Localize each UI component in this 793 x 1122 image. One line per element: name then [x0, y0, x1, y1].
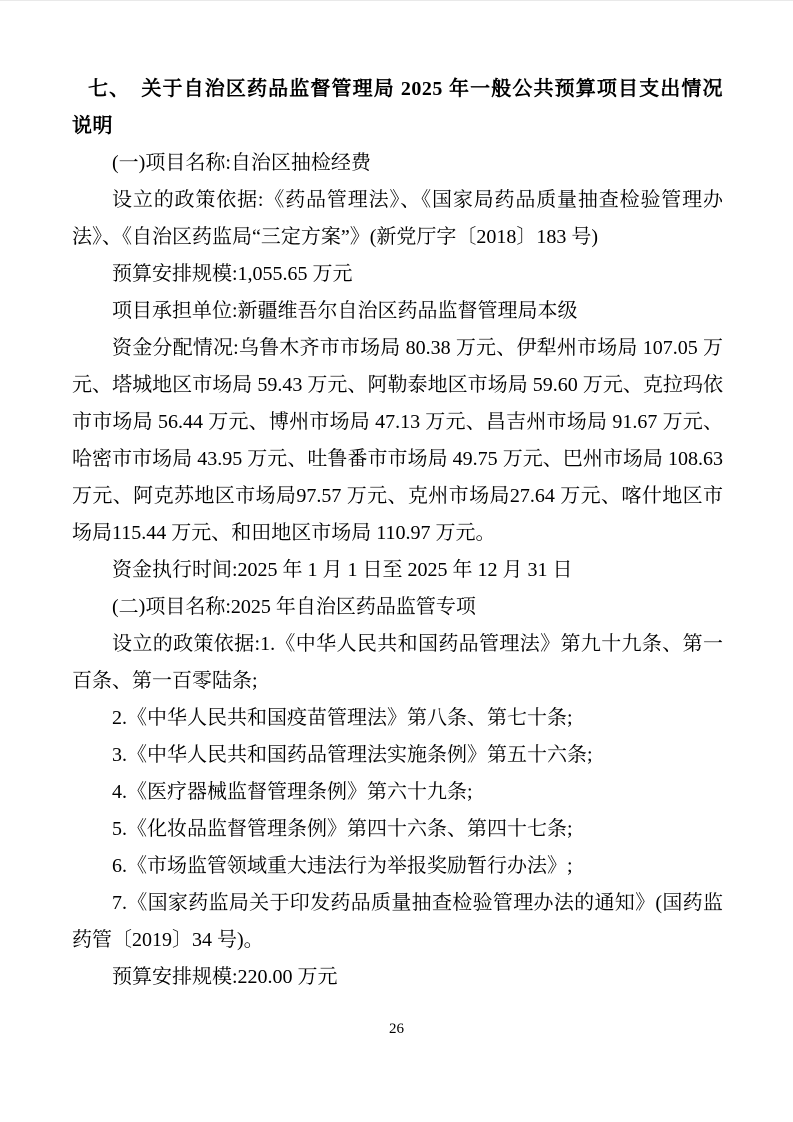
document-body: 七、 关于自治区药品监督管理局 2025 年一般公共预算项目支出情况说明 (一)…: [72, 71, 723, 996]
para-project2-policy-basis-item2: 2.《中华人民共和国疫苗管理法》第八条、第七十条;: [72, 700, 723, 737]
para-project2-policy-basis-item6: 6.《市场监管领域重大违法行为举报奖励暂行办法》;: [72, 848, 723, 885]
para-project2-policy-basis-item3: 3.《中华人民共和国药品管理法实施条例》第五十六条;: [72, 737, 723, 774]
para-project2-policy-basis-item1: 设立的政策依据:1.《中华人民共和国药品管理法》第九十九条、第一百条、第一百零陆…: [72, 626, 723, 700]
document-page: 七、 关于自治区药品监督管理局 2025 年一般公共预算项目支出情况说明 (一)…: [0, 0, 793, 1122]
para-project1-name: (一)项目名称:自治区抽检经费: [72, 145, 723, 182]
para-project2-budget-scale: 预算安排规模:220.00 万元: [72, 959, 723, 996]
para-project1-budget-scale: 预算安排规模:1,055.65 万元: [72, 256, 723, 293]
para-project2-name: (二)项目名称:2025 年自治区药品监管专项: [72, 589, 723, 626]
page-number: 26: [0, 1019, 793, 1039]
section-heading: 七、 关于自治区药品监督管理局 2025 年一般公共预算项目支出情况说明: [72, 71, 723, 145]
para-project2-policy-basis-item4: 4.《医疗器械监督管理条例》第六十九条;: [72, 774, 723, 811]
para-project2-policy-basis-item7: 7.《国家药监局关于印发药品质量抽查检验管理办法的通知》(国药监药管〔2019〕…: [72, 885, 723, 959]
para-project1-execution-period: 资金执行时间:2025 年 1 月 1 日至 2025 年 12 月 31 日: [72, 552, 723, 589]
para-project1-undertaking-unit: 项目承担单位:新疆维吾尔自治区药品监督管理局本级: [72, 293, 723, 330]
para-project1-fund-allocation: 资金分配情况:乌鲁木齐市市场局 80.38 万元、伊犁州市场局 107.05 万…: [72, 330, 723, 552]
para-project1-policy-basis: 设立的政策依据:《药品管理法》、《国家局药品质量抽查检验管理办法》、《自治区药监…: [72, 182, 723, 256]
para-project2-policy-basis-item5: 5.《化妆品监督管理条例》第四十六条、第四十七条;: [72, 811, 723, 848]
